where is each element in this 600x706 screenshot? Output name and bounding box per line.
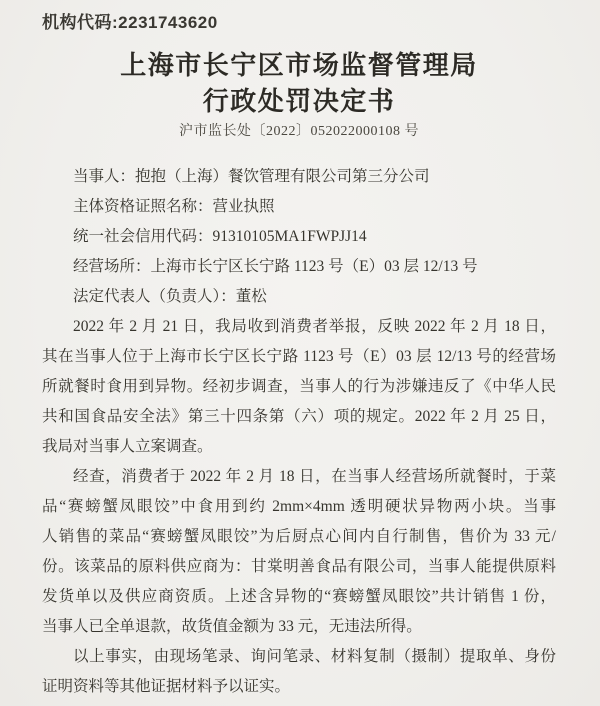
doc-title-line1: 上海市长宁区市场监督管理局 — [42, 48, 556, 84]
doc-line: 共和国食品安全法》第三十四条第（六）项的规定。2022 年 2 月 25 日， — [42, 402, 556, 432]
doc-line: 以上事实，由现场笔录、询问笔录、材料复制（摄制）提取单、身份 — [42, 642, 556, 672]
doc-line: 其在当事人位于上海市长宁区长宁路 1123 号（E）03 层 12/13 号的经… — [42, 342, 556, 372]
doc-line: 当事人已全单退款，故货值金额为 33 元，无违法所得。 — [42, 612, 556, 642]
doc-line: 发货单以及供应商资质。上述含异物的“赛螃蟹凤眼饺”共计销售 1 份， — [42, 582, 556, 612]
info-line-credit-code: 统一社会信用代码：91310105MA1FWPJJ14 — [42, 222, 556, 252]
info-line-business-address: 经营场所：上海市长宁区长宁路 1123 号（E）03 层 12/13 号 — [42, 252, 556, 282]
doc-line: 2022 年 2 月 21 日，我局收到消费者举报，反映 2022 年 2 月 … — [42, 312, 556, 342]
info-line-legal-representative: 法定代表人（负责人）：董松 — [42, 282, 556, 312]
info-line-license-name: 主体资格证照名称：营业执照 — [42, 192, 556, 222]
doc-line: 我局对当事人立案调查。 — [42, 432, 556, 462]
doc-line: 份。该菜品的原料供应商为：甘棠明善食品有限公司，当事人能提供原料 — [42, 552, 556, 582]
doc-number: 沪市监长处〔2022〕052022000108 号 — [42, 122, 556, 142]
doc-body: 当事人：抱抱（上海）餐饮管理有限公司第三分公司 主体资格证照名称：营业执照 统一… — [42, 162, 556, 702]
doc-line: 品“赛螃蟹凤眼饺”中食用到约 2mm×4mm 透明硬状异物两小块。当事 — [42, 492, 556, 522]
org-code: 机构代码:2231743620 — [42, 12, 556, 34]
penalty-decision-document: 机构代码:2231743620 上海市长宁区市场监督管理局 行政处罚决定书 沪市… — [0, 0, 600, 706]
doc-line: 证明资料等其他证据材料予以证实。 — [42, 672, 556, 702]
doc-line: 人销售的菜品“赛螃蟹凤眼饺”为后厨点心间内自行制售，售价为 33 元/ — [42, 522, 556, 552]
doc-title-line2: 行政处罚决定书 — [42, 84, 556, 120]
doc-line: 经查，消费者于 2022 年 2 月 18 日，在当事人经营场所就餐时，于菜 — [42, 462, 556, 492]
doc-title: 上海市长宁区市场监督管理局 行政处罚决定书 — [42, 48, 556, 120]
info-line-party: 当事人：抱抱（上海）餐饮管理有限公司第三分公司 — [42, 162, 556, 192]
doc-line: 所就餐时食用到异物。经初步调查，当事人的行为涉嫌违反了《中华人民 — [42, 372, 556, 402]
